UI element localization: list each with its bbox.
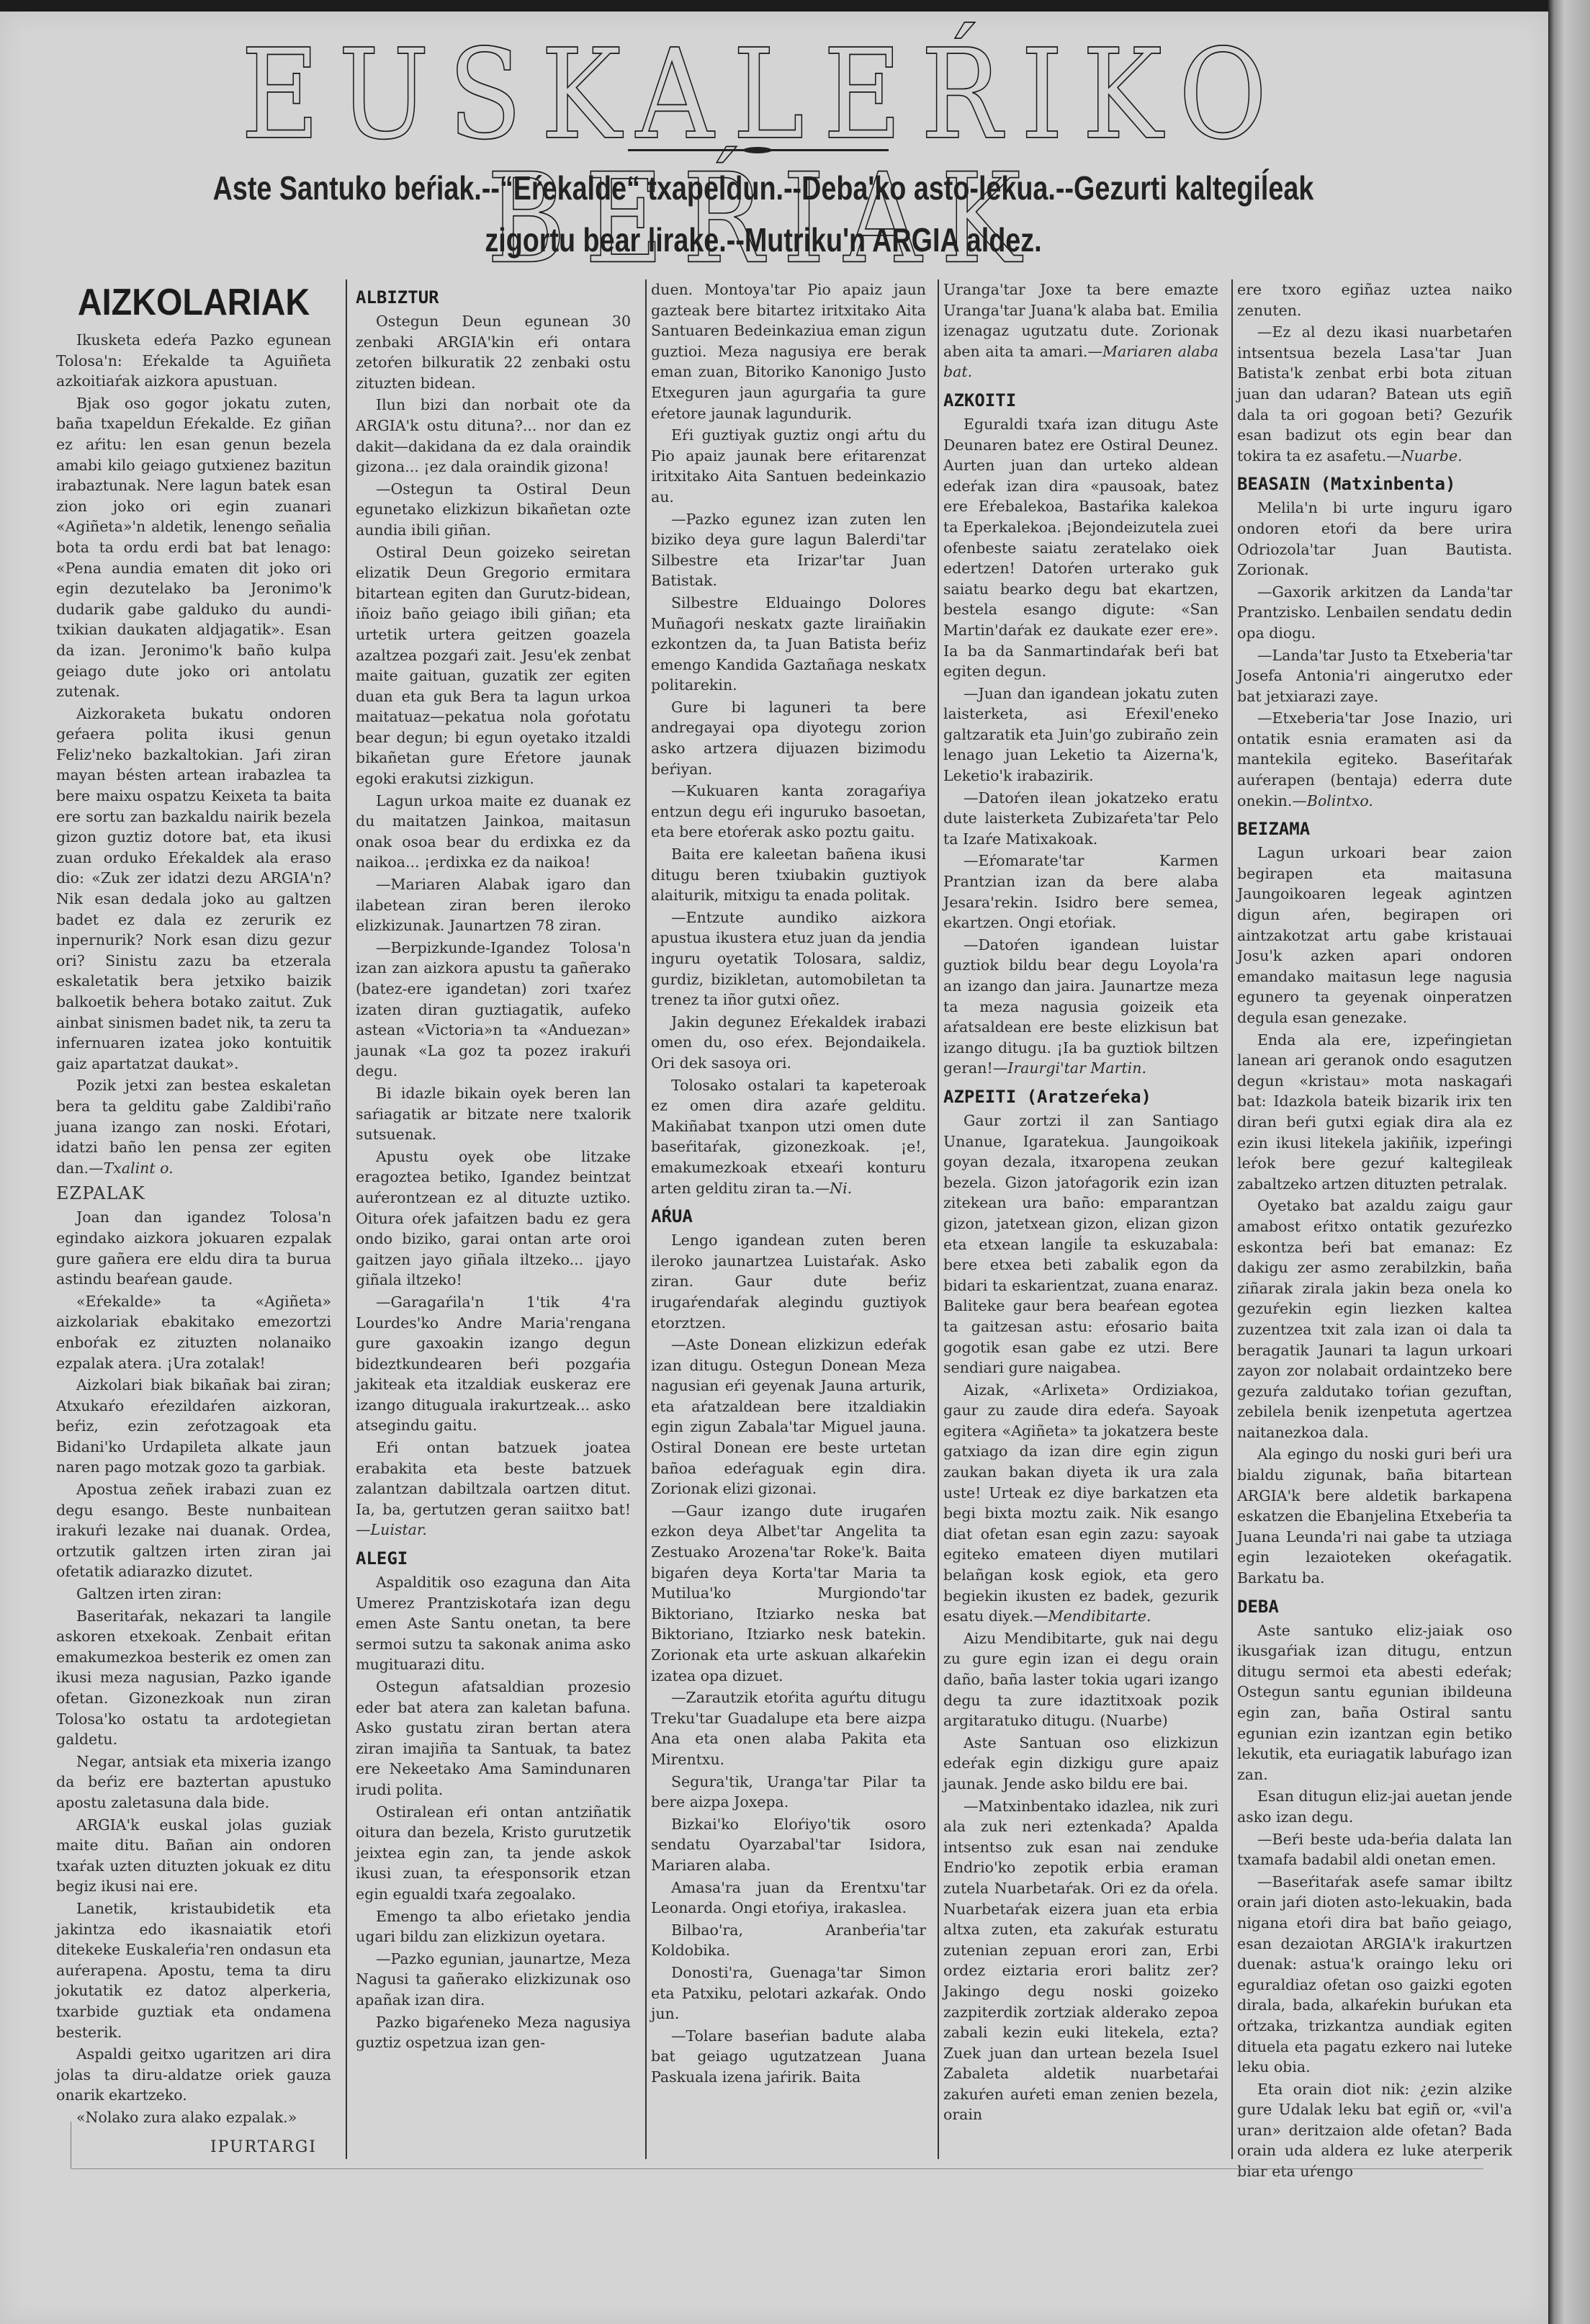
- paragraph-text: Aizak, «Arlixeta» Ordiziakoa, gaur zu za…: [943, 1381, 1218, 1625]
- paragraph-text: —Entzute aundiko aizkora apustua ikuster…: [651, 909, 926, 1008]
- paragraph-text: ARGIA'k euskal jolas guziak maite ditu. …: [56, 1816, 331, 1895]
- section-heading: AZPEITI (Aratzeŕeka): [943, 1085, 1218, 1109]
- paragraph: —Zarautzik etoŕita aguŕtu ditugu Treku't…: [651, 1687, 926, 1769]
- paragraph-text: duen. Montoya'tar Pio apaiz jaun gazteak…: [651, 281, 926, 422]
- paragraph-text: Esan ditugun eliz-jai auetan jende asko …: [1237, 1787, 1512, 1826]
- paragraph: Lagun urkoa maite ez duanak ez du maitat…: [356, 791, 631, 873]
- paragraph: —Beŕi beste uda-beŕia dalata lan txamafa…: [1237, 1829, 1512, 1870]
- paragraph-text: Apustu oyek obe litzake eragoztea betiko…: [356, 1148, 631, 1289]
- paragraph: Silbestre Elduaingo Dolores Muñagoŕi nes…: [651, 593, 926, 696]
- paragraph: Bizkai'ko Eloŕiyo'tik osoro sendatu Oyar…: [651, 1814, 926, 1876]
- paragraph-text: Baita ere kaleetan bañena ikusi ditugu b…: [651, 845, 926, 904]
- headline-summary-line-1: Aste Santuko beŕiak.--“Eŕekalde“ txapeld…: [179, 169, 1348, 207]
- headline-summary-line-2: zigortu bear lirake.--Mutriku'n ARGIA al…: [179, 220, 1348, 259]
- paragraph-text: Bilbao'ra, Aranbeŕia'tar Koldobika.: [651, 1921, 926, 1960]
- paragraph: —Entzute aundiko aizkora apustua ikuster…: [651, 907, 926, 1010]
- section-heading: ALBIZTUR: [356, 285, 631, 310]
- paragraph: Emengo ta albo eŕietako jendia ugari bil…: [356, 1906, 631, 1947]
- section-heading-town: ALBIZTUR: [356, 287, 439, 308]
- paragraph-text: Ostegun Deun egunean 30 zenbaki ARGIA'ki…: [356, 313, 631, 392]
- column-1: AIZKOLARIAKIkusketa edeŕa Pazko egunean …: [56, 279, 331, 2158]
- paragraph: —Landa'tar Justo ta Etxeberia'tar Josefa…: [1237, 645, 1512, 707]
- paragraph: —Aste Donean elizkizun edeŕak izan ditug…: [651, 1334, 926, 1499]
- paragraph: Esan ditugun eliz-jai auetan jende asko …: [1237, 1786, 1512, 1827]
- paragraph-text: Ilun bizi dan norbait ote da ARGIA'k ost…: [356, 396, 631, 475]
- paragraph: Negar, antsiak eta mixeria izango da beŕ…: [56, 1751, 331, 1813]
- frame-line: [71, 2122, 71, 2169]
- paragraph-text: Amasa'ra juan da Erentxu'tar Leonarda. O…: [651, 1879, 926, 1917]
- paragraph: Donosti'ra, Guenaga'tar Simon eta Patxik…: [651, 1962, 926, 2024]
- paragraph-text: Lengo igandean zuten beren ileroko jauna…: [651, 1231, 926, 1331]
- signature: Iraurgi'tar Martin.: [1007, 1059, 1146, 1077]
- paragraph: «Eŕekalde» ta «Agiñeta» aizkolariak ebak…: [56, 1291, 331, 1373]
- paragraph: Jakin degunez Eŕekaldek irabazi omen du,…: [651, 1012, 926, 1074]
- paragraph: Aste santuko eliz-jaiak oso ikusgaŕiak i…: [1237, 1620, 1512, 1785]
- title-ornament-divider: [628, 147, 889, 153]
- author-byline: IPURTARGI: [56, 2137, 331, 2158]
- paragraph-text: —Gaur izango dute irugaŕen ezkon deya Al…: [651, 1502, 926, 1684]
- signature: Luistar.: [371, 1521, 427, 1538]
- paragraph-text: Aizkolari biak bikañak bai ziran; Atxuka…: [56, 1376, 331, 1476]
- subsection-heading: EZPALAK: [56, 1181, 331, 1206]
- paragraph-text: —Juan dan igandean jokatu zuten laisterk…: [943, 685, 1218, 784]
- paragraph: Lagun urkoari bear zaion begirapen eta m…: [1237, 843, 1512, 1028]
- paragraph-text: Oyetako bat azaldu zaigu gaur amabost eŕ…: [1237, 1197, 1512, 1441]
- paragraph-text: Aspalditik oso ezaguna dan Aita Umerez P…: [356, 1574, 631, 1673]
- section-heading-town: DEBA: [1237, 1597, 1279, 1617]
- paragraph: Aizu Mendibitarte, guk nai degu zu gure …: [943, 1628, 1218, 1731]
- paragraph: Aste Santuan oso elizkizun edeŕak egin d…: [943, 1733, 1218, 1795]
- paragraph: Apostua zeñek irabazi zuan ez degu esang…: [56, 1479, 331, 1582]
- paragraph-text: —Zarautzik etoŕita aguŕtu ditugu Treku't…: [651, 1689, 926, 1768]
- section-heading: BEIZAMA: [1237, 817, 1512, 841]
- paragraph-text: Pazko bigaŕeneko Meza nagusiya guztiz os…: [356, 2014, 631, 2052]
- signature: Nuarbe.: [1401, 447, 1463, 465]
- signature: Txalint o.: [104, 1159, 174, 1177]
- column-5: ere txoro egiñaz uztea naiko zenuten.—Ez…: [1237, 279, 1512, 2182]
- paragraph: —Pazko egunian, jaunartze, Meza Nagusi t…: [356, 1949, 631, 2011]
- paragraph-text: Lanetik, kristaubidetik eta jakintza edo…: [56, 1900, 331, 2041]
- paragraph-text: Joan dan igandez Tolosa'n egindako aizko…: [56, 1208, 331, 1288]
- paragraph-text: —Mariaren Alabak igaro dan ilabetean zir…: [356, 876, 631, 934]
- paragraph: —Baseŕitaŕak asefe samar ibiltz orain ja…: [1237, 1872, 1512, 2078]
- paragraph: Eguraldi txaŕa izan ditugu Aste Deunaren…: [943, 414, 1218, 682]
- paragraph-text: Aste santuko eliz-jaiak oso ikusgaŕiak i…: [1237, 1622, 1512, 1783]
- signature: Mendibitarte.: [1048, 1607, 1151, 1625]
- paragraph-text: Eguraldi txaŕa izan ditugu Aste Deunaren…: [943, 416, 1218, 680]
- page-binding-edge: [1548, 0, 1590, 2324]
- paragraph: Ostiral Deun goizeko seiretan elizatik D…: [356, 542, 631, 789]
- section-heading: AZKOITI: [943, 388, 1218, 413]
- paragraph: Enda ala ere, izpeŕingietan lanean ari g…: [1237, 1030, 1512, 1195]
- paragraph: Eŕi guztiyak guztiz ongi aŕtu du Pio apa…: [651, 425, 926, 507]
- section-heading-subtitle: (Matxinbenta): [1310, 474, 1455, 494]
- paragraph-text: Ala egingo du noski guri beŕi ura bialdu…: [1237, 1445, 1512, 1587]
- paragraph-text: Bizkai'ko Eloŕiyo'tik osoro sendatu Oyar…: [651, 1816, 926, 1874]
- paragraph: Bi idazle bikain oyek beren lan saŕiagat…: [356, 1083, 631, 1145]
- paragraph-text: —Beŕi beste uda-beŕia dalata lan txamafa…: [1237, 1831, 1512, 1869]
- section-heading-town: BEASAIN: [1237, 474, 1310, 494]
- paragraph-text: Ostegun afatsaldian prozesio eder bat at…: [356, 1678, 631, 1798]
- section-heading-town: BEIZAMA: [1237, 819, 1310, 839]
- column-4: Uranga'tar Joxe ta bere emazte Uranga'ta…: [943, 279, 1218, 2125]
- paragraph: —Datoŕen ilean jokatzeko eratu dute lais…: [943, 788, 1218, 850]
- paragraph: Oyetako bat azaldu zaigu gaur amabost eŕ…: [1237, 1195, 1512, 1443]
- paragraph-text: Lagun urkoa maite ez duanak ez du maitat…: [356, 792, 631, 871]
- paragraph-text: —Pazko egunez izan zuten len biziko deya…: [651, 511, 926, 590]
- paragraph: —Juan dan igandean jokatu zuten laisterk…: [943, 683, 1218, 786]
- paragraph-text: Aizu Mendibitarte, guk nai degu zu gure …: [943, 1630, 1218, 1729]
- paragraph: Apustu oyek obe litzake eragoztea betiko…: [356, 1147, 631, 1291]
- paragraph: —Gaxorik arkitzen da Landa'tar Prantzisk…: [1237, 582, 1512, 644]
- paragraph: Pazko bigaŕeneko Meza nagusiya guztiz os…: [356, 2012, 631, 2053]
- paragraph-text: «Nolako zura alako ezpalak.»: [76, 2109, 297, 2126]
- paragraph: —Mariaren Alabak igaro dan ilabetean zir…: [356, 874, 631, 936]
- paragraph-text: Aizkoraketa bukatu ondoren geŕaera polit…: [56, 705, 331, 1072]
- paragraph-text: Galtzen irten ziran:: [76, 1585, 222, 1602]
- paragraph: —Ez al dezu ikasi nuarbetaŕen intsentsua…: [1237, 322, 1512, 466]
- paragraph: Gure bi laguneri ta bere andregayai opa …: [651, 697, 926, 779]
- paragraph: Galtzen irten ziran:: [56, 1584, 331, 1605]
- section-heading-town: AZPEITI: [943, 1087, 1016, 1107]
- paragraph: Ostegun afatsaldian prozesio eder bat at…: [356, 1677, 631, 1800]
- paragraph-text: —Matxinbentako idazlea, nik zuri ala zuk…: [943, 1798, 1218, 2124]
- paragraph: ARGIA'k euskal jolas guziak maite ditu. …: [56, 1815, 331, 1897]
- paragraph: Bilbao'ra, Aranbeŕia'tar Koldobika.: [651, 1920, 926, 1961]
- paragraph-text: Ostiralean eŕi ontan antziñatik oitura d…: [356, 1803, 631, 1903]
- paragraph-text: Ostiral Deun goizeko seiretan elizatik D…: [356, 544, 631, 788]
- section-heading-subtitle: (Aratzeŕeka): [1016, 1087, 1151, 1107]
- paragraph: —Gaur izango dute irugaŕen ezkon deya Al…: [651, 1501, 926, 1686]
- paragraph-text: —Eŕomarate'tar Karmen Prantzian izan da …: [943, 852, 1218, 931]
- paragraph: Amasa'ra juan da Erentxu'tar Leonarda. O…: [651, 1877, 926, 1919]
- paragraph: Lanetik, kristaubidetik eta jakintza edo…: [56, 1898, 331, 2042]
- paragraph: —Berpizkunde-Igandez Tolosa'n izan zan a…: [356, 938, 631, 1082]
- paragraph: ere txoro egiñaz uztea naiko zenuten.: [1237, 279, 1512, 320]
- paragraph: Ala egingo du noski guri beŕi ura bialdu…: [1237, 1444, 1512, 1588]
- paragraph: Aizak, «Arlixeta» Ordiziakoa, gaur zu za…: [943, 1380, 1218, 1627]
- column-rule: [1231, 279, 1233, 2159]
- paragraph: —Ostegun ta Ostiral Deun egunetako elizk…: [356, 479, 631, 541]
- section-heading-town: AZKOITI: [943, 390, 1016, 410]
- column-rule: [645, 279, 647, 2159]
- paragraph: —Pazko egunez izan zuten len biziko deya…: [651, 509, 926, 591]
- paragraph: Baseritaŕak, nekazari ta langile askoren…: [56, 1606, 331, 1750]
- paragraph-text: —Ostegun ta Ostiral Deun egunetako elizk…: [356, 480, 631, 539]
- column-3: duen. Montoya'tar Pio apaiz jaun gazteak…: [651, 279, 926, 2087]
- paragraph-text: Aste Santuan oso elizkizun edeŕak egin d…: [943, 1734, 1218, 1793]
- paragraph-text: —Baseŕitaŕak asefe samar ibiltz orain ja…: [1237, 1873, 1512, 2076]
- paragraph: Melila'n bi urte inguru igaro ondoren et…: [1237, 498, 1512, 580]
- section-heading: BEASAIN (Matxinbenta): [1237, 472, 1512, 496]
- paragraph: Ilun bizi dan norbait ote da ARGIA'k ost…: [356, 395, 631, 477]
- paragraph: —Etxeberia'tar Jose Inazio, uri ontatik …: [1237, 708, 1512, 811]
- section-heading-town: AŔUA: [651, 1206, 693, 1226]
- paragraph-text: Gaur zortzi il zan Santiago Unanue, Igar…: [943, 1112, 1218, 1376]
- paragraph-text: Enda ala ere, izpeŕingietan lanean ari g…: [1237, 1031, 1512, 1193]
- paragraph-text: —Gaxorik arkitzen da Landa'tar Prantzisk…: [1237, 583, 1512, 642]
- paragraph-text: Gure bi laguneri ta bere andregayai opa …: [651, 699, 926, 778]
- section-heading-town: ALEGI: [356, 1548, 408, 1569]
- paragraph-text: —Landa'tar Justo ta Etxeberia'tar Josefa…: [1237, 647, 1512, 705]
- paragraph: Aspalditik oso ezaguna dan Aita Umerez P…: [356, 1572, 631, 1675]
- paragraph: Aizkolari biak bikañak bai ziran; Atxuka…: [56, 1375, 331, 1478]
- paragraph: Baita ere kaleetan bañena ikusi ditugu b…: [651, 844, 926, 906]
- paragraph: Gaur zortzi il zan Santiago Unanue, Igar…: [943, 1111, 1218, 1378]
- paragraph-text: Ikusketa edeŕa Pazko egunean Tolosa'n: E…: [56, 331, 331, 390]
- paragraph-text: Aspaldi geitxo ugaritzen ari dira jolas …: [56, 2045, 331, 2104]
- section-heading: ALEGI: [356, 1546, 631, 1571]
- article-headline: AIZKOLARIAK: [70, 279, 318, 326]
- column-rule: [346, 279, 347, 2159]
- paragraph: Bjak oso gogor jokatu zuten, baña txapel…: [56, 393, 331, 702]
- paragraph: Pozik jetxi zan bestea eskaletan bera ta…: [56, 1075, 331, 1178]
- paragraph-text: Pozik jetxi zan bestea eskaletan bera ta…: [56, 1077, 331, 1176]
- paragraph: —Kukuaren kanta zoragaŕiya entzun degu e…: [651, 781, 926, 843]
- paragraph: Ikusketa edeŕa Pazko egunean Tolosa'n: E…: [56, 330, 331, 392]
- paragraph-text: —Etxeberia'tar Jose Inazio, uri ontatik …: [1237, 709, 1512, 809]
- paragraph: —Matxinbentako idazlea, nik zuri ala zuk…: [943, 1796, 1218, 2126]
- paragraph-text: ere txoro egiñaz uztea naiko zenuten.: [1237, 281, 1512, 319]
- paragraph-text: Bjak oso gogor jokatu zuten, baña txapel…: [56, 395, 331, 700]
- paragraph: Segura'tik, Uranga'tar Pilar ta bere aiz…: [651, 1772, 926, 1813]
- paragraph-text: Donosti'ra, Guenaga'tar Simon eta Patxik…: [651, 1964, 926, 2022]
- paragraph-text: Negar, antsiak eta mixeria izango da beŕ…: [56, 1753, 331, 1811]
- paragraph-text: —Datoŕen ilean jokatzeko eratu dute lais…: [943, 789, 1218, 848]
- paragraph: duen. Montoya'tar Pio apaiz jaun gazteak…: [651, 279, 926, 423]
- paragraph: —Tolare baseŕian badute alaba bat geiago…: [651, 2026, 926, 2088]
- paragraph-text: Eŕi guztiyak guztiz ongi aŕtu du Pio apa…: [651, 426, 926, 506]
- paragraph-text: Bi idazle bikain oyek beren lan saŕiagat…: [356, 1085, 631, 1143]
- paragraph-text: Jakin degunez Eŕekaldek irabazi omen du,…: [651, 1013, 926, 1072]
- bottom-rule: [72, 2168, 1483, 2169]
- section-heading: AŔUA: [651, 1204, 926, 1229]
- paragraph-text: —Pazko egunian, jaunartze, Meza Nagusi t…: [356, 1950, 631, 2009]
- paragraph: —Datoŕen igandean luistar guztiok bildu …: [943, 935, 1218, 1079]
- paragraph-text: Segura'tik, Uranga'tar Pilar ta bere aiz…: [651, 1773, 926, 1811]
- paragraph: Ostegun Deun egunean 30 zenbaki ARGIA'ki…: [356, 311, 631, 393]
- paragraph-text: —Berpizkunde-Igandez Tolosa'n izan zan a…: [356, 939, 631, 1080]
- paragraph-text: Eta orain diot nik: ¿ezin alzike gure Ud…: [1237, 2081, 1512, 2180]
- column-2: ALBIZTUROstegun Deun egunean 30 zenbaki …: [356, 279, 631, 2053]
- paragraph-text: «Eŕekalde» ta «Agiñeta» aizkolariak ebak…: [56, 1293, 331, 1372]
- newspaper-page: EUSKALEŔIKO BEŔIAK Aste Santuko beŕiak.-…: [0, 12, 1548, 2324]
- paragraph: Aspaldi geitxo ugaritzen ari dira jolas …: [56, 2044, 331, 2106]
- paragraph-text: Apostua zeñek irabazi zuan ez degu esang…: [56, 1481, 331, 1580]
- paragraph-text: Melila'n bi urte inguru igaro ondoren et…: [1237, 499, 1512, 578]
- section-heading: DEBA: [1237, 1594, 1512, 1619]
- paragraph: Eŕi ontan batzuek joatea erabakita eta b…: [356, 1437, 631, 1540]
- paragraph-text: —Aste Donean elizkizun edeŕak izan ditug…: [651, 1336, 926, 1497]
- paragraph: Lengo igandean zuten beren ileroko jauna…: [651, 1230, 926, 1333]
- paragraph: Joan dan igandez Tolosa'n egindako aizko…: [56, 1207, 331, 1289]
- paragraph: Uranga'tar Joxe ta bere emazte Uranga'ta…: [943, 279, 1218, 382]
- paragraph: Aizkoraketa bukatu ondoren geŕaera polit…: [56, 704, 331, 1074]
- signature: Ni.: [830, 1180, 852, 1197]
- paragraph-text: —Tolare baseŕian badute alaba bat geiago…: [651, 2027, 926, 2086]
- paragraph: «Nolako zura alako ezpalak.»: [56, 2107, 331, 2128]
- paragraph-text: —Datoŕen igandean luistar guztiok bildu …: [943, 936, 1218, 1077]
- paragraph-text: Tolosako ostalari ta kapeteroak ez omen …: [651, 1077, 926, 1197]
- paragraph-text: Lagun urkoari bear zaion begirapen eta m…: [1237, 844, 1512, 1026]
- paragraph-text: Silbestre Elduaingo Dolores Muñagoŕi nes…: [651, 594, 926, 694]
- paragraph-text: Baseritaŕak, nekazari ta langile askoren…: [56, 1607, 331, 1749]
- paragraph: —Garagaŕila'n 1'tik 4'ra Lourdes'ko Andr…: [356, 1292, 631, 1436]
- paragraph: —Eŕomarate'tar Karmen Prantzian izan da …: [943, 851, 1218, 933]
- paragraph: Ostiralean eŕi ontan antziñatik oitura d…: [356, 1802, 631, 1905]
- paragraph: Tolosako ostalari ta kapeteroak ez omen …: [651, 1075, 926, 1199]
- signature: Bolintxo.: [1307, 792, 1373, 809]
- paragraph: Eta orain diot nik: ¿ezin alzike gure Ud…: [1237, 2079, 1512, 2182]
- paragraph-text: —Garagaŕila'n 1'tik 4'ra Lourdes'ko Andr…: [356, 1293, 631, 1435]
- paragraph-text: —Kukuaren kanta zoragaŕiya entzun degu e…: [651, 782, 926, 840]
- paragraph-text: Emengo ta albo eŕietako jendia ugari bil…: [356, 1908, 631, 1946]
- paragraph-text: —Ez al dezu ikasi nuarbetaŕen intsentsua…: [1237, 323, 1512, 465]
- column-rule: [938, 279, 939, 2159]
